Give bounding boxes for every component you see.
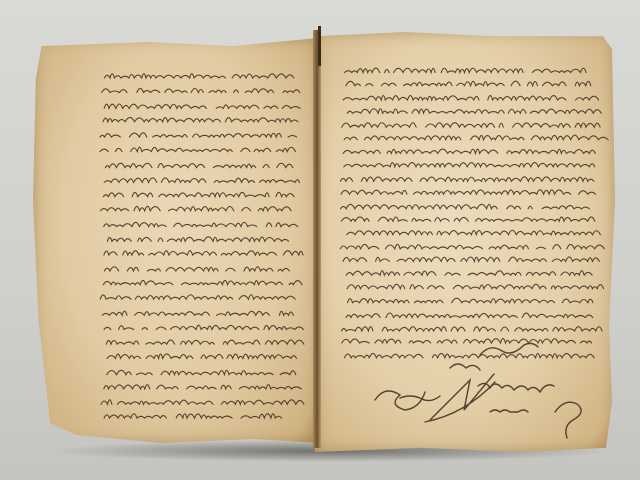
handwriting <box>0 0 640 480</box>
right-page-text <box>340 68 608 358</box>
left-page-text <box>100 74 307 418</box>
